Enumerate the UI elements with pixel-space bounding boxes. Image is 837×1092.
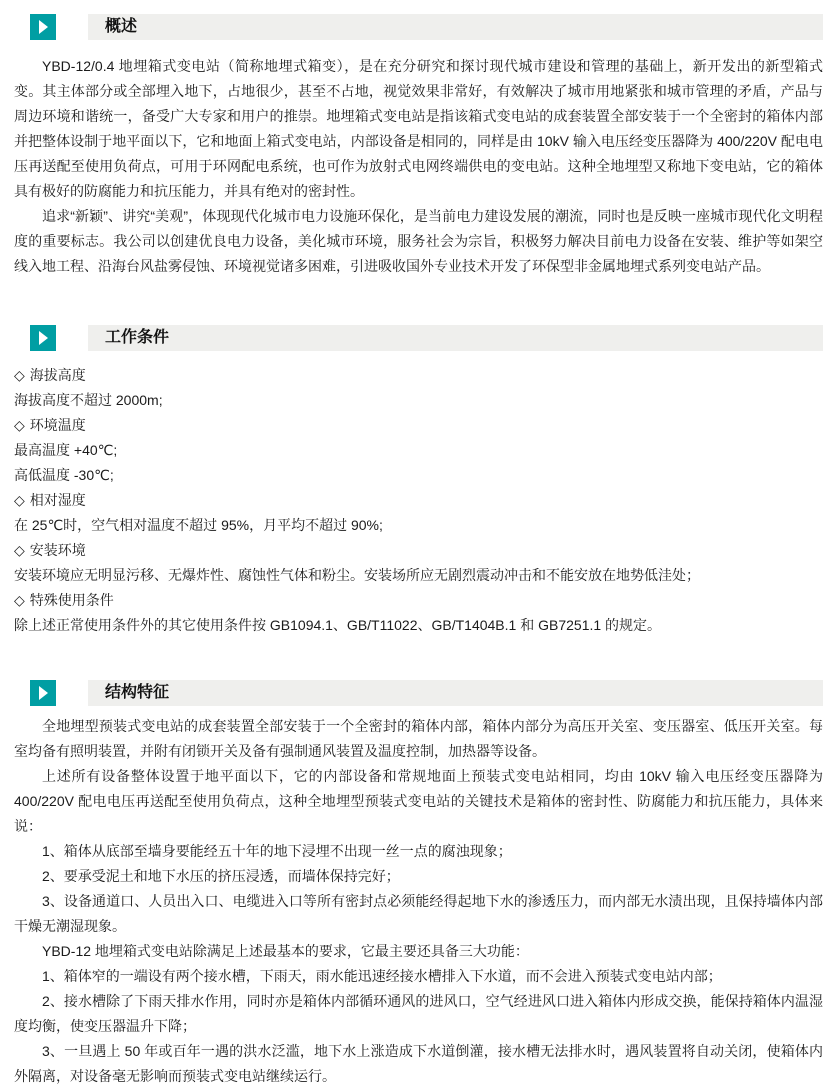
arrow-right-icon xyxy=(30,14,56,40)
condition-text: 在 25℃时，空气相对温度不超过 95%，月平均不超过 90%; xyxy=(14,513,823,538)
condition-text: 除上述正常使用条件外的其它使用条件按 GB1094.1、GB/T11022、GB… xyxy=(14,613,823,638)
section-header-working-conditions: 工作条件 xyxy=(30,325,823,351)
condition-group-installation-environment: ◇安装环境 安装环境应无明显污移、无爆炸性、腐蚀性气体和粉尘。安装场所应无剧烈震… xyxy=(14,538,823,588)
overview-body: YBD-12/0.4 地埋箱式变电站（简称地埋式箱变），是在充分研究和探讨现代城… xyxy=(14,54,823,279)
condition-group-altitude: ◇海拔高度 海拔高度不超过 2000m; xyxy=(14,363,823,413)
overview-paragraph: 追求“新颖”、讲究“美观”，体现现代化城市电力设施环保化，是当前电力建设发展的潮… xyxy=(14,204,823,279)
structure-list-item: 1、箱体从底部至墙身要能经五十年的地下浸埋不出现一丝一点的腐浊现象； xyxy=(14,839,823,864)
condition-label: 特殊使用条件 xyxy=(30,592,114,608)
structure-list-item: 2、要承受泥土和地下水压的挤压浸透，而墙体保持完好； xyxy=(14,864,823,889)
structure-list-item: 3、一旦遇上 50 年或百年一遇的洪水泛滥，地下水上涨造成下水道倒灌，接水槽无法… xyxy=(14,1039,823,1089)
diamond-icon: ◇ xyxy=(14,542,25,558)
condition-text: 安装环境应无明显污移、无爆炸性、腐蚀性气体和粉尘。安装场所应无剧烈震动冲击和不能… xyxy=(14,563,823,588)
condition-text: 海拔高度不超过 2000m; xyxy=(14,388,823,413)
section-title: 结构特征 xyxy=(88,680,823,706)
diamond-icon: ◇ xyxy=(14,367,25,383)
condition-text: 高低温度 -30℃; xyxy=(14,463,823,488)
structure-list-item: 1、箱体窄的一端设有两个接水槽，下雨天，雨水能迅速经接水槽排入下水道，而不会进入… xyxy=(14,964,823,989)
condition-label: 安装环境 xyxy=(30,542,86,558)
diamond-icon: ◇ xyxy=(14,492,25,508)
overview-paragraph: YBD-12/0.4 地埋箱式变电站（简称地埋式箱变），是在充分研究和探讨现代城… xyxy=(14,54,823,204)
structure-paragraph: 上述所有设备整体设置于地平面以下，它的内部设备和常规地面上预装式变电站相同，均由… xyxy=(14,764,823,839)
section-header-overview: 概述 xyxy=(30,14,823,40)
document-page: 概述 YBD-12/0.4 地埋箱式变电站（简称地埋式箱变），是在充分研究和探讨… xyxy=(0,0,837,1089)
diamond-icon: ◇ xyxy=(14,417,25,433)
condition-group-special-conditions: ◇特殊使用条件 除上述正常使用条件外的其它使用条件按 GB1094.1、GB/T… xyxy=(14,588,823,638)
condition-text: 最高温度 +40℃; xyxy=(14,438,823,463)
structure-list-item: 2、接水槽除了下雨天排水作用，同时亦是箱体内部循环通风的进风口，空气经进风口进入… xyxy=(14,989,823,1039)
structure-list-item: 3、设备通道口、人员出入口、电缆进入口等所有密封点必须能经得起地下水的渗透压力，… xyxy=(14,889,823,939)
structure-features-body: 全地埋型预装式变电站的成套装置全部安装于一个全密封的箱体内部，箱体内部分为高压开… xyxy=(14,714,823,1089)
condition-group-relative-humidity: ◇相对湿度 在 25℃时，空气相对温度不超过 95%，月平均不超过 90%; xyxy=(14,488,823,538)
diamond-icon: ◇ xyxy=(14,592,25,608)
condition-label: 相对湿度 xyxy=(30,492,86,508)
condition-label: 环境温度 xyxy=(30,417,86,433)
section-header-structure-features: 结构特征 xyxy=(30,680,823,706)
structure-paragraph: YBD-12 地埋箱式变电站除满足上述最基本的要求，它最主要还具备三大功能： xyxy=(14,939,823,964)
condition-group-ambient-temperature: ◇环境温度 最高温度 +40℃; 高低温度 -30℃; xyxy=(14,413,823,488)
section-title: 概述 xyxy=(88,14,823,40)
working-conditions-body: ◇海拔高度 海拔高度不超过 2000m; ◇环境温度 最高温度 +40℃; 高低… xyxy=(14,363,823,638)
arrow-right-icon xyxy=(30,680,56,706)
structure-paragraph: 全地埋型预装式变电站的成套装置全部安装于一个全密封的箱体内部，箱体内部分为高压开… xyxy=(14,714,823,764)
arrow-right-icon xyxy=(30,325,56,351)
section-title: 工作条件 xyxy=(88,325,823,351)
condition-label: 海拔高度 xyxy=(30,367,86,383)
